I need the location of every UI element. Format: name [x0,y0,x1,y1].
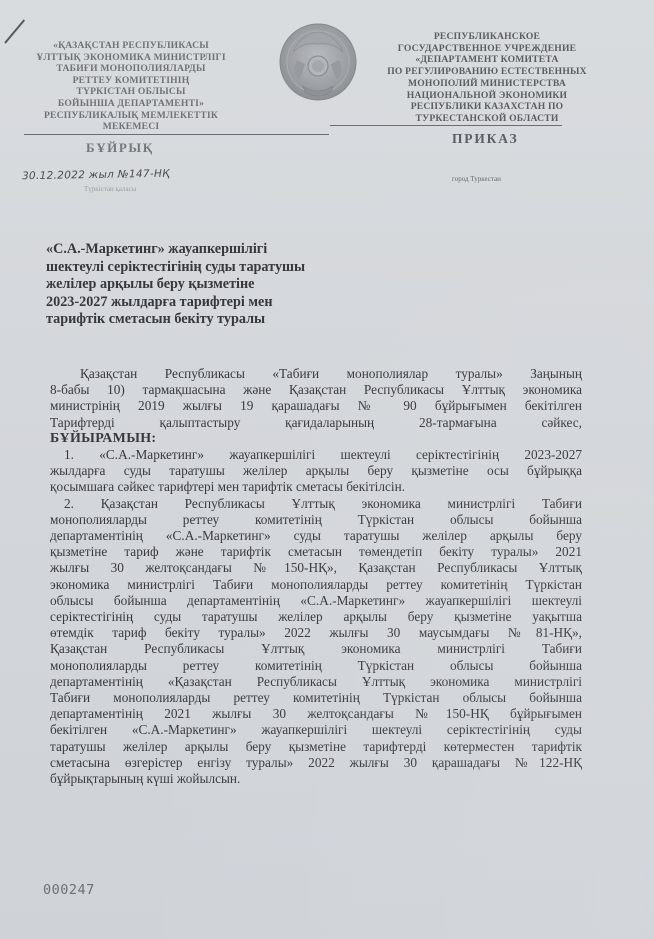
body-line: облысы бойынша департаментінің «С.А.-Мар… [50,593,582,609]
body-line: Қазақстан Республикасы «Табиғи монополия… [50,366,582,382]
body-line: қызметіне тариф және тарифтік сметасын т… [50,544,582,560]
document-title-line: «С.А.-Маркетинг» жауапкершілігі [46,241,346,259]
body-line: 2. Қазақстан Республикасы Ұлттық экономи… [50,496,582,512]
header-org-russian-line: МОНОПОЛИЙ МИНИСТЕРСТВА [376,78,598,90]
header-org-russian-line: ГОСУДАРСТВЕННОЕ УЧРЕЖДЕНИЕ [376,43,598,55]
header-org-russian: РЕСПУБЛИКАНСКОЕ ГОСУДАРСТВЕННОЕ УЧРЕЖДЕН… [376,31,598,125]
header-org-russian-line: РЕСПУБЛИКИ КАЗАХСТАН ПО [376,101,598,113]
body-line: жылдарға суды таратушы желілер арқылы бе… [50,463,582,479]
header-org-kazakh-line: МЕКЕМЕСІ [26,121,236,133]
state-emblem-icon [275,22,361,104]
header-divider-left [24,134,329,135]
header-org-russian-line: РЕСПУБЛИКАНСКОЕ [376,31,598,43]
body-line: экономика министрлігі Табиғи монополияла… [50,577,582,593]
header-org-kazakh-line: РЕТТЕУ КОМИТЕТІНІҢ [26,75,236,87]
body-line: бұйрықтарының күші жойылсын. [50,771,582,787]
preamble-paragraph: Қазақстан Республикасы «Табиғи монополия… [50,366,582,431]
document-title: «С.А.-Маркетинг» жауапкершілігі шектеулі… [46,241,346,329]
document-body: Қазақстан Республикасы «Табиғи монополия… [50,366,582,787]
body-line: департаментінің «С.А.-Маркетинг» суды та… [50,528,582,544]
body-line: таратушы желілер арқылы беру қызметіне т… [50,739,582,755]
order-item-1: 1. «С.А.-Маркетинг» жауапкершілігі шекте… [50,447,582,496]
header-org-kazakh-line: БОЙЫНША ДЕПАРТАМЕНТІ» [26,98,236,110]
document-title-line: шектеулі серіктестігінің суды таратушы [46,259,346,277]
body-line: бекітілген «С.А.-Маркетинг» жауапкершілі… [50,722,582,738]
document-title-line: тарифтік сметасын бекіту туралы [46,311,346,329]
body-line: министрінің 2019 жылғы 19 қарашадағы № 9… [50,398,582,414]
order-title-kazakh: БҰЙРЫҚ [86,140,154,156]
body-line: монополияларды реттеу комитетінің Түркіс… [50,658,582,674]
body-line: Табиғи монополияларды реттеу комитетінің… [50,690,582,706]
header-org-kazakh-line: РЕСПУБЛИКАЛЫҚ МЕМЛЕКЕТТІК [26,110,236,122]
pen-stroke-icon [4,19,25,43]
header-org-russian-line: «ДЕПАРТАМЕНТ КОМИТЕТА [376,54,598,66]
header-org-kazakh-line: ТАБИҒИ МОНОПОЛИЯЛАРДЫ [26,63,236,75]
body-line: сметасына өзгерістер енгізу туралы» 2022… [50,755,582,771]
body-line: монополияларды реттеу комитетінің Түркіс… [50,512,582,528]
order-word: БҰЙЫРАМЫН: [50,431,582,447]
city-russian: город Туркестан [452,175,501,183]
order-title-russian: ПРИКАЗ [452,131,518,147]
body-line: 8-бабы 10) тармақшасына және Қазақстан Р… [50,382,582,398]
serial-number: 000247 [43,882,95,898]
handwritten-date-number: 30.12.2022 жыл №147-НҚ [22,168,170,183]
body-line: департаментінің «Қазақстан Республикасы … [50,674,582,690]
header-org-kazakh-line: ТҮРКІСТАН ОБЛЫСЫ [26,86,236,98]
header-org-kazakh: «ҚАЗАҚСТАН РЕСПУБЛИКАСЫ ҰЛТТЫҚ ЭКОНОМИКА… [26,40,236,133]
header-divider-right [330,125,562,126]
body-line: департаментінің 2021 жылғы 30 желтоқсанд… [50,706,582,722]
header-org-russian-line: ПО РЕГУЛИРОВАНИЮ ЕСТЕСТВЕННЫХ [376,66,598,78]
header-org-kazakh-line: «ҚАЗАҚСТАН РЕСПУБЛИКАСЫ [26,40,236,52]
body-line: 1. «С.А.-Маркетинг» жауапкершілігі шекте… [50,447,582,463]
header-org-russian-line: ТУРКЕСТАНСКОЙ ОБЛАСТИ [376,113,598,125]
body-line: жылғы 30 желтоқсандағы №150-НҚ», Қазақст… [50,560,582,576]
body-line: Қазақстан Республикасы Ұлттық экономика … [50,641,582,657]
body-line: Тарифтерді қалыптастыру қағидаларының 28… [50,415,582,431]
document-page: «ҚАЗАҚСТАН РЕСПУБЛИКАСЫ ҰЛТТЫҚ ЭКОНОМИКА… [0,0,654,939]
order-item-2: 2. Қазақстан Республикасы Ұлттық экономи… [50,496,582,788]
body-line: қосымшаға сәйкес тарифтері мен тарифтік … [50,479,582,495]
document-title-line: 2023-2027 жылдарға тарифтері мен [46,294,346,312]
document-title-line: желілер арқылы беру қызметіне [46,276,346,294]
body-line: серіктестігінің суды таратушы желілер ар… [50,609,582,625]
header-org-kazakh-line: ҰЛТТЫҚ ЭКОНОМИКА МИНИСТРЛІГІ [26,52,236,64]
city-kazakh: Түркістан қаласы [84,185,136,193]
body-line: өтемдік тариф бекіту туралы» 2022 жылғы … [50,625,582,641]
header-org-russian-line: НАЦИОНАЛЬНОЙ ЭКОНОМИКИ [376,90,598,102]
